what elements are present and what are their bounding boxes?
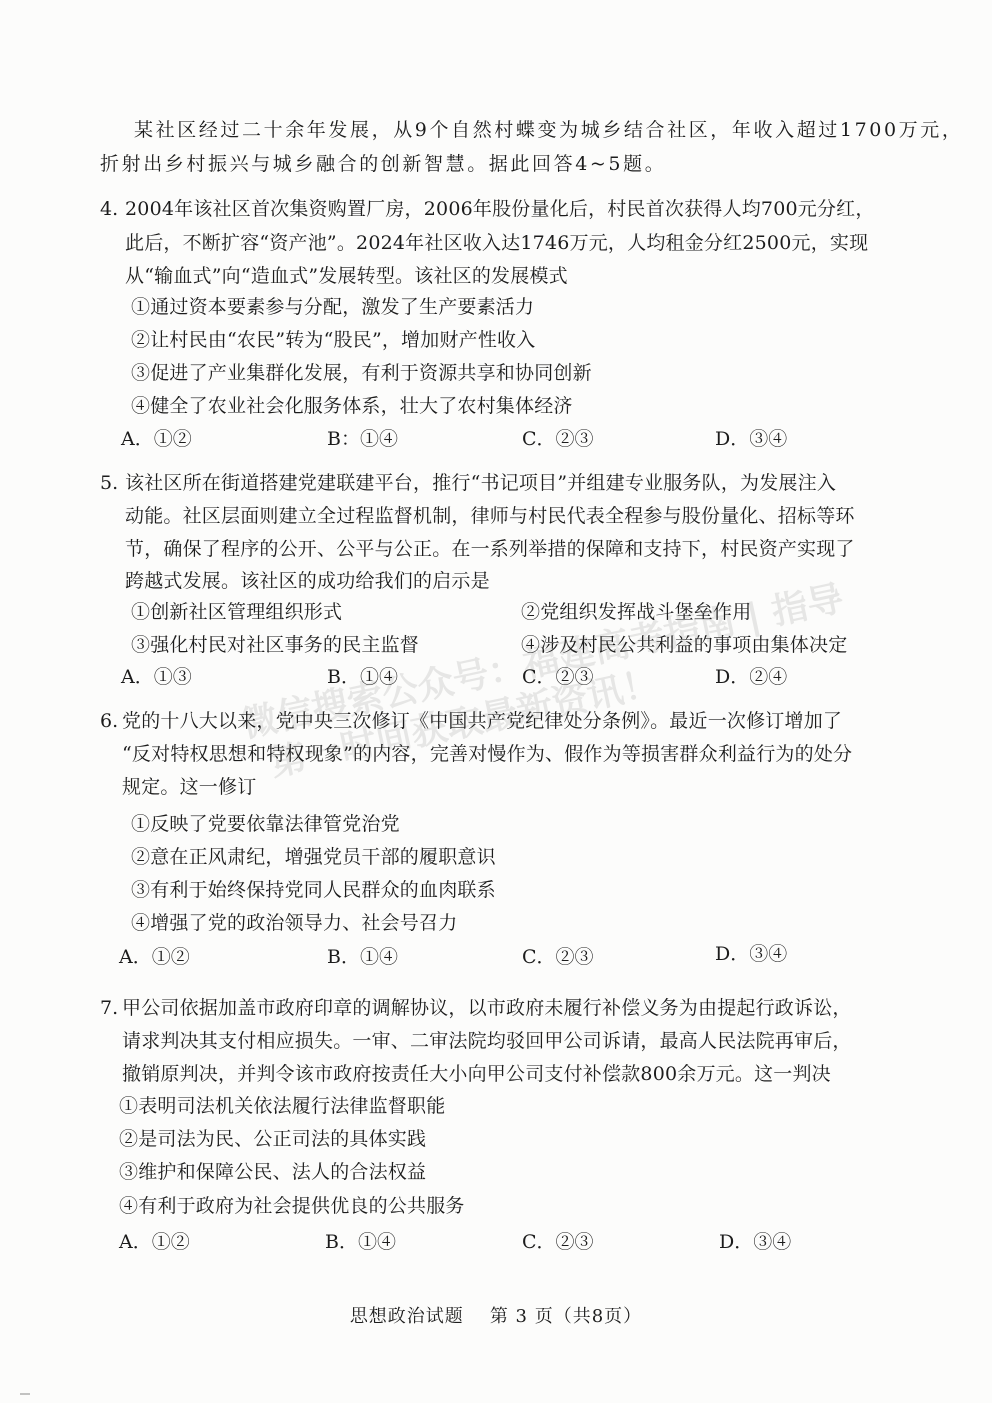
- question-7-number: 7.: [100, 996, 118, 1020]
- question-5-stem-2: 动能。社区层面则建立全过程监督机制，律师与村民代表全程参与股份量化、招标等环: [125, 504, 855, 528]
- question-7-stem-2: 请求判决其支付相应损失。一审、二审法院均驳回甲公司诉请，最高人民法院再审后，: [122, 1029, 852, 1053]
- question-4-statement-3: ③促进了产业集群化发展，有利于资源共享和协同创新: [131, 361, 592, 385]
- question-6-stem-1: 党的十八大以来，党中央三次修订《中国共产党纪律处分条例》。最近一次修订增加了: [122, 709, 842, 733]
- question-4-statement-1: ①通过资本要素参与分配，激发了生产要素活力: [131, 295, 534, 319]
- question-5-option-b[interactable]: B．①④: [327, 665, 398, 689]
- exam-page: 微信搜索公众号：福建高考指南 | 指导 第一时间获取最新资讯！ 某社区经过二十余…: [0, 0, 992, 1403]
- question-4-stem-2: 此后，不断扩容“资产池”。2024年社区收入达1746万元，人均租金分红2500…: [125, 231, 868, 255]
- question-5-stem-4: 跨越式发展。该社区的成功给我们的启示是: [125, 569, 490, 593]
- question-7-option-c[interactable]: C．②③: [522, 1230, 594, 1254]
- question-4-number: 4.: [100, 197, 118, 221]
- question-7-stem-1: 甲公司依据加盖市政府印章的调解协议，以市政府未履行补偿义务为由提起行政诉讼，: [122, 996, 852, 1020]
- question-5-stem-3: 节，确保了程序的公开、公平与公正。在一系列举措的保障和支持下，村民资产实现了: [125, 537, 855, 561]
- scan-mark: [20, 1393, 30, 1395]
- question-5-statement-2: ②党组织发挥战斗堡垒作用: [521, 600, 751, 624]
- question-7-statement-4: ④有利于政府为社会提供优良的公共服务: [119, 1194, 465, 1218]
- intro-line-1: 某社区经过二十余年发展，从9个自然村蝶变为城乡结合社区，年收入超过1700万元，: [134, 118, 963, 142]
- question-4-option-d[interactable]: D．③④: [715, 427, 787, 451]
- question-7-statement-3: ③维护和保障公民、法人的合法权益: [119, 1160, 426, 1184]
- question-4-option-a[interactable]: A．①②: [121, 427, 192, 451]
- footer-page-number: 第 3 页（共8页）: [490, 1306, 642, 1327]
- question-6-option-d[interactable]: D．③④: [715, 942, 787, 966]
- question-6-statement-1: ①反映了党要依靠法律管党治党: [131, 812, 400, 836]
- question-6-statement-2: ②意在正风肃纪，增强党员干部的履职意识: [131, 845, 496, 869]
- question-7-option-b[interactable]: B．①④: [325, 1230, 396, 1254]
- footer-subject: 思想政治试题: [350, 1306, 464, 1327]
- question-7-option-a[interactable]: A．①②: [119, 1230, 190, 1254]
- page-footer: 思想政治试题第 3 页（共8页）: [0, 1305, 992, 1329]
- question-5-statement-1: ①创新社区管理组织形式: [131, 600, 342, 624]
- question-6-option-a[interactable]: A．①②: [119, 945, 190, 969]
- question-4-statement-4: ④健全了农业社会化服务体系，壮大了农村集体经济: [131, 394, 573, 418]
- question-6-number: 6.: [100, 709, 118, 733]
- question-4-option-b[interactable]: B：①④: [327, 427, 398, 451]
- question-6-stem-2: “反对特权思想和特权现象”的内容，完善对慢作为、假作为等损害群众利益行为的处分: [122, 742, 852, 766]
- question-6-stem-3: 规定。这一修订: [122, 775, 256, 799]
- question-5-option-c[interactable]: C．②③: [522, 665, 594, 689]
- question-6-statement-3: ③有利于始终保持党同人民群众的血肉联系: [131, 878, 496, 902]
- question-5-statement-3: ③强化村民对社区事务的民主监督: [131, 633, 419, 657]
- question-4-stem-1: 2004年该社区首次集资购置厂房，2006年股份量化后，村民首次获得人均700元…: [125, 197, 875, 221]
- question-5-stem-1: 该社区所在街道搭建党建联建平台，推行“书记项目”并组建专业服务队，为发展注入: [125, 471, 836, 495]
- question-7-statement-1: ①表明司法机关依法履行法律监督职能: [119, 1094, 445, 1118]
- question-4-stem-3: 从“输血式”向“造血式”发展转型。该社区的发展模式: [125, 264, 568, 288]
- intro-line-2: 折射出乡村振兴与城乡融合的创新智慧。据此回答4~5题。: [100, 152, 666, 176]
- question-7-stem-3: 撤销原判决，并判令该市政府按责任大小向甲公司支付补偿款800余万元。这一判决: [122, 1062, 831, 1086]
- question-4-statement-2: ②让村民由“农民”转为“股民”，增加财产性收入: [131, 328, 535, 352]
- question-5-number: 5.: [100, 471, 118, 495]
- question-5-statement-4: ④涉及村民公共利益的事项由集体决定: [521, 633, 847, 657]
- question-7-statement-2: ②是司法为民、公正司法的具体实践: [119, 1127, 426, 1151]
- question-6-statement-4: ④增强了党的政治领导力、社会号召力: [131, 911, 457, 935]
- question-5-option-d[interactable]: D．②④: [715, 665, 787, 689]
- question-6-option-b[interactable]: B．①④: [327, 945, 398, 969]
- question-6-option-c[interactable]: C．②③: [522, 945, 594, 969]
- question-7-option-d[interactable]: D．③④: [719, 1230, 791, 1254]
- question-5-option-a[interactable]: A．①③: [121, 665, 192, 689]
- question-4-option-c[interactable]: C．②③: [522, 427, 594, 451]
